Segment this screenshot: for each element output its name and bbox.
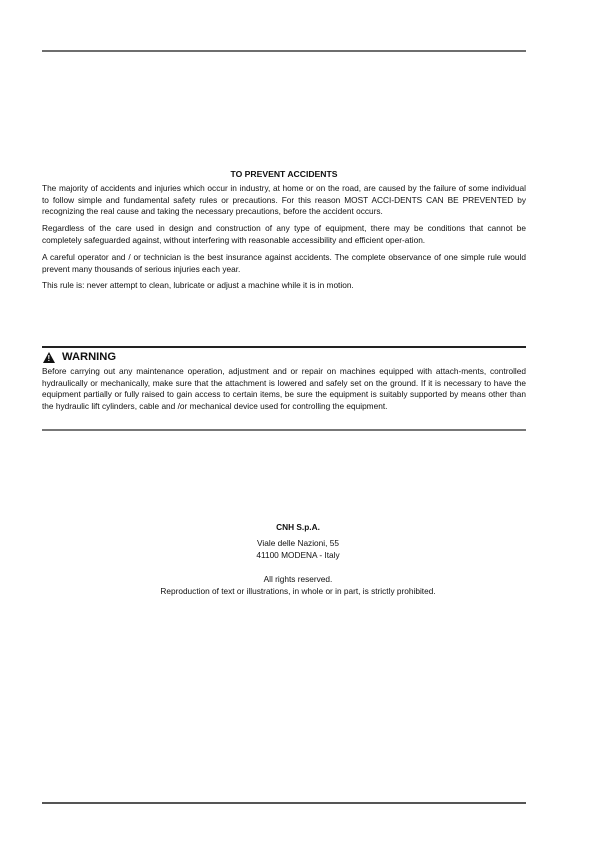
warning-top-rule [42,346,526,348]
accident-prevention-text: The majority of accidents and injuries w… [42,183,526,297]
section-heading: TO PREVENT ACCIDENTS [42,169,526,179]
company-name: CNH S.p.A. [0,522,596,534]
top-rule [42,50,526,52]
warning-text: Before carrying out any maintenance oper… [42,366,526,413]
company-address-line1: Viale delle Nazioni, 55 [0,538,596,550]
warning-bottom-rule [42,429,526,431]
warning-heading: WARNING [43,351,116,363]
paragraph: The majority of accidents and injuries w… [42,183,526,218]
bottom-rule [42,802,526,804]
rights-notice: All rights reserved. [0,574,596,586]
reproduction-notice: Reproduction of text or illustrations, i… [0,586,596,598]
paragraph: Regardless of the care used in design an… [42,223,526,246]
warning-title: WARNING [62,351,116,363]
company-address-line2: 41100 MODENA - Italy [0,550,596,562]
warning-triangle-icon [43,352,55,363]
paragraph: This rule is: never attempt to clean, lu… [42,280,526,292]
paragraph: A careful operator and / or technician i… [42,252,526,275]
